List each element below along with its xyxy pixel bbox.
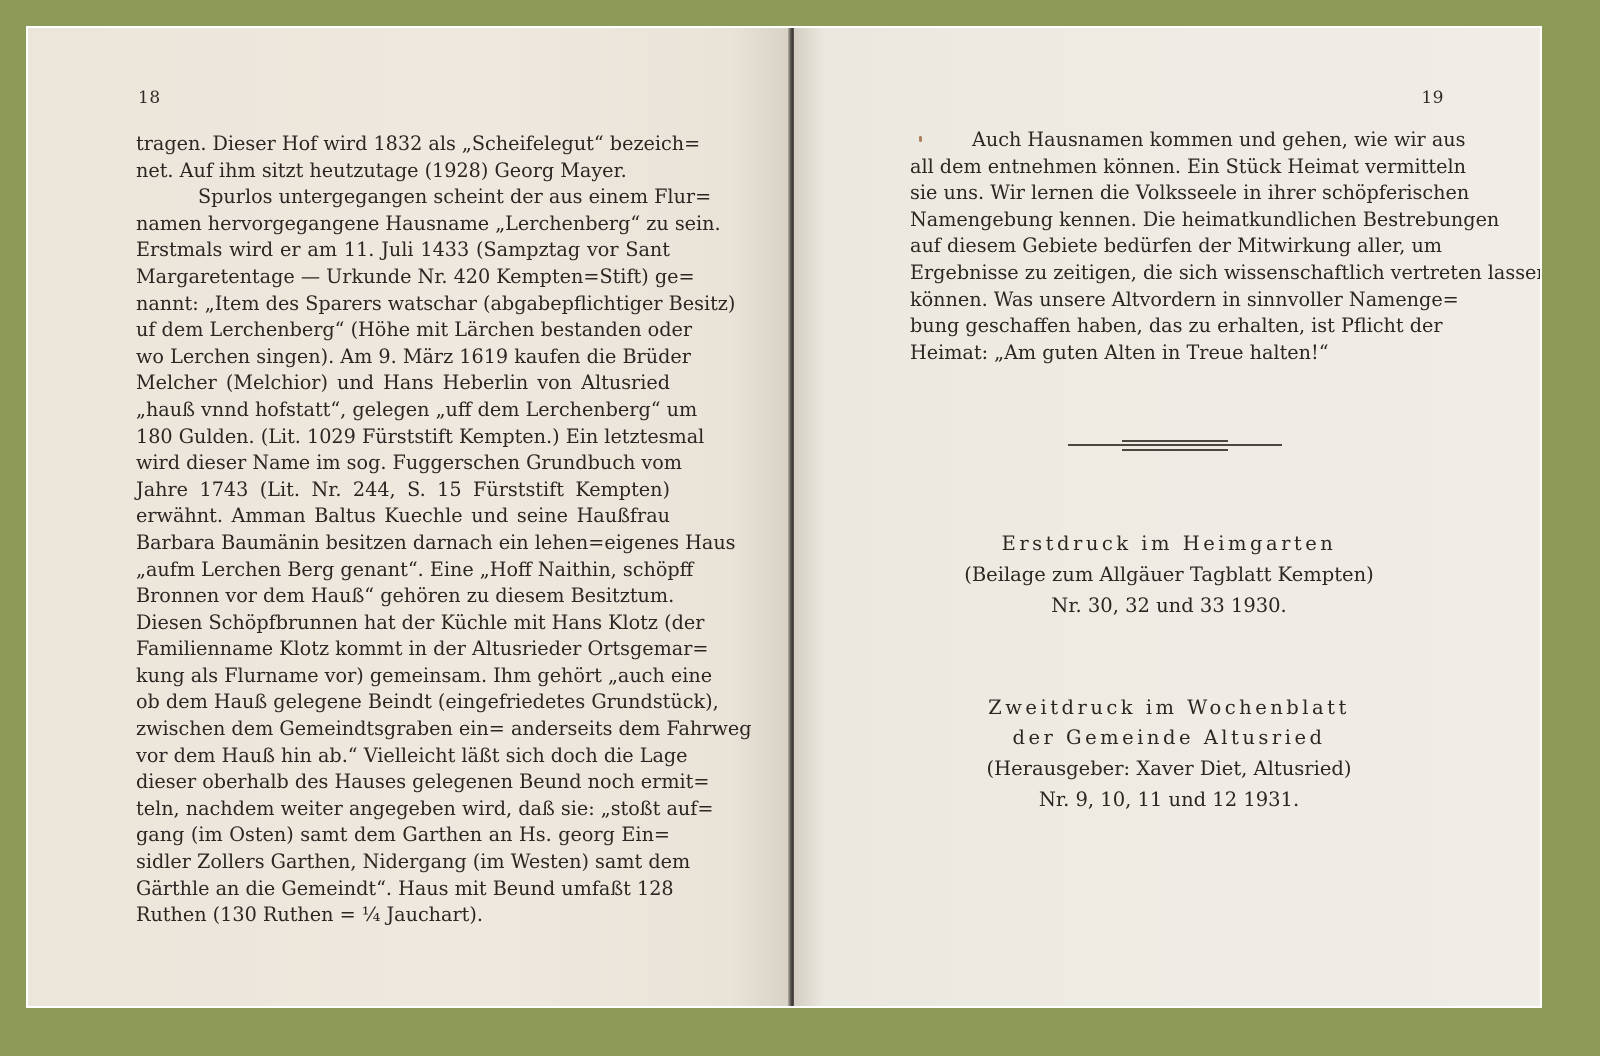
right-page: 19 Auch Hausnamen kommen und gehen, wie … (794, 28, 1542, 1006)
first-print-issues: Nr. 30, 32 und 33 1930. (794, 590, 1542, 621)
text-line: Margaretentage — Urkunde Nr. 420 Kempten… (136, 264, 670, 291)
text-line: dieser oberhalb des Hauses gelegenen Beu… (136, 769, 670, 796)
text-line: „hauß vnnd hofstatt“, gelegen „uff dem L… (136, 397, 670, 424)
text-line: Namengebung kennen. Die heimatkundlichen… (910, 207, 1426, 234)
divider-rule (1068, 444, 1282, 446)
text-line: Gärthle an die Gemeindt“. Haus mit Beund… (136, 876, 670, 903)
text-line: sie uns. Wir lernen die Volksseele in ih… (910, 180, 1426, 207)
second-print-heading: Zweitdruck im Wochenblatt (794, 693, 1542, 723)
text-line: namen hervorgegangene Hausname „Lerchenb… (136, 211, 670, 238)
text-line: tragen. Dieser Hof wird 1832 als „Scheif… (136, 131, 670, 158)
second-print-heading-2: der Gemeinde Altusried (794, 723, 1542, 753)
divider-rule (1122, 440, 1228, 442)
text-line: wird dieser Name im sog. Fuggerschen Gru… (136, 450, 670, 477)
text-line: ob dem Hauß gelegene Beindt (eingefriede… (136, 689, 670, 716)
text-line: zwischen dem Gemeindtsgraben ein= anders… (136, 716, 670, 743)
second-print-publisher: (Herausgeber: Xaver Diet, Altusried) (794, 753, 1542, 784)
left-page-body: tragen. Dieser Hof wird 1832 als „Scheif… (136, 131, 670, 929)
text-line: gang (im Osten) samt dem Garthen an Hs. … (136, 822, 670, 849)
text-line: auf diesem Gebiete bedürfen der Mitwirku… (910, 233, 1426, 260)
first-print-credit: Erstdruck im Heimgarten (Beilage zum All… (794, 528, 1542, 621)
text-line: „aufm Lerchen Berg genant“. Eine „Hoff N… (136, 557, 670, 584)
text-line: Familienname Klotz kommt in der Altusrie… (136, 636, 670, 663)
text-line: erwähnt. Amman Baltus Kuechle und seine … (136, 503, 670, 530)
divider-ornament-icon (1068, 440, 1282, 454)
text-line: Ergebnisse zu zeitigen, die sich wissens… (910, 260, 1426, 287)
text-line: nannt: „Item des Sparers watschar (abgab… (136, 291, 670, 318)
text-line: kung als Flurname vor) gemeinsam. Ihm ge… (136, 663, 670, 690)
second-print-credit: Zweitdruck im Wochenblatt der Gemeinde A… (794, 693, 1542, 815)
text-line: net. Auf ihm sitzt heutzutage (1928) Geo… (136, 158, 670, 185)
text-line: uf dem Lerchenberg“ (Höhe mit Lärchen be… (136, 317, 670, 344)
text-line: Barbara Baumänin besitzen darnach ein le… (136, 530, 670, 557)
book-spread: 18 tragen. Dieser Hof wird 1832 als „Sch… (26, 26, 1542, 1008)
text-line: sidler Zollers Garthen, Nidergang (im We… (136, 849, 670, 876)
second-print-issues: Nr. 9, 10, 11 und 12 1931. (794, 784, 1542, 815)
text-line: Melcher (Melchior) und Hans Heberlin von… (136, 370, 670, 397)
text-line: Ruthen (130 Ruthen = ¼ Jauchart). (136, 902, 670, 929)
page-number-left: 18 (138, 88, 161, 108)
divider-rule (1122, 449, 1228, 451)
text-line: Auch Hausnamen kommen und gehen, wie wir… (910, 127, 1426, 154)
text-line: bung geschaffen haben, das zu erhalten, … (910, 313, 1426, 340)
text-line: all dem entnehmen können. Ein Stück Heim… (910, 154, 1426, 181)
text-line: wo Lerchen singen). Am 9. März 1619 kauf… (136, 344, 670, 371)
first-print-source: (Beilage zum Allgäuer Tagblatt Kempten) (794, 559, 1542, 590)
text-line: Bronnen vor dem Hauß“ gehören zu diesem … (136, 583, 670, 610)
text-line: Diesen Schöpfbrunnen hat der Küchle mit … (136, 610, 670, 637)
right-page-body: Auch Hausnamen kommen und gehen, wie wir… (910, 127, 1426, 366)
page-number-right: 19 (1421, 88, 1444, 108)
first-print-heading: Erstdruck im Heimgarten (794, 528, 1542, 559)
text-line: teln, nachdem weiter angegeben wird, daß… (136, 796, 670, 823)
text-line: Spurlos untergegangen scheint der aus ei… (136, 184, 670, 211)
left-page: 18 tragen. Dieser Hof wird 1832 als „Sch… (28, 28, 792, 1006)
text-line: Heimat: „Am guten Alten in Treue halten!… (910, 340, 1426, 367)
text-line: können. Was unsere Altvordern in sinnvol… (910, 287, 1426, 314)
text-line: Jahre 1743 (Lit. Nr. 244, S. 15 Fürststi… (136, 477, 670, 504)
text-line: 180 Gulden. (Lit. 1029 Fürststift Kempte… (136, 424, 670, 451)
text-line: vor dem Hauß hin ab.“ Vielleicht läßt si… (136, 743, 670, 770)
text-line: Erstmals wird er am 11. Juli 1433 (Sampz… (136, 237, 670, 264)
